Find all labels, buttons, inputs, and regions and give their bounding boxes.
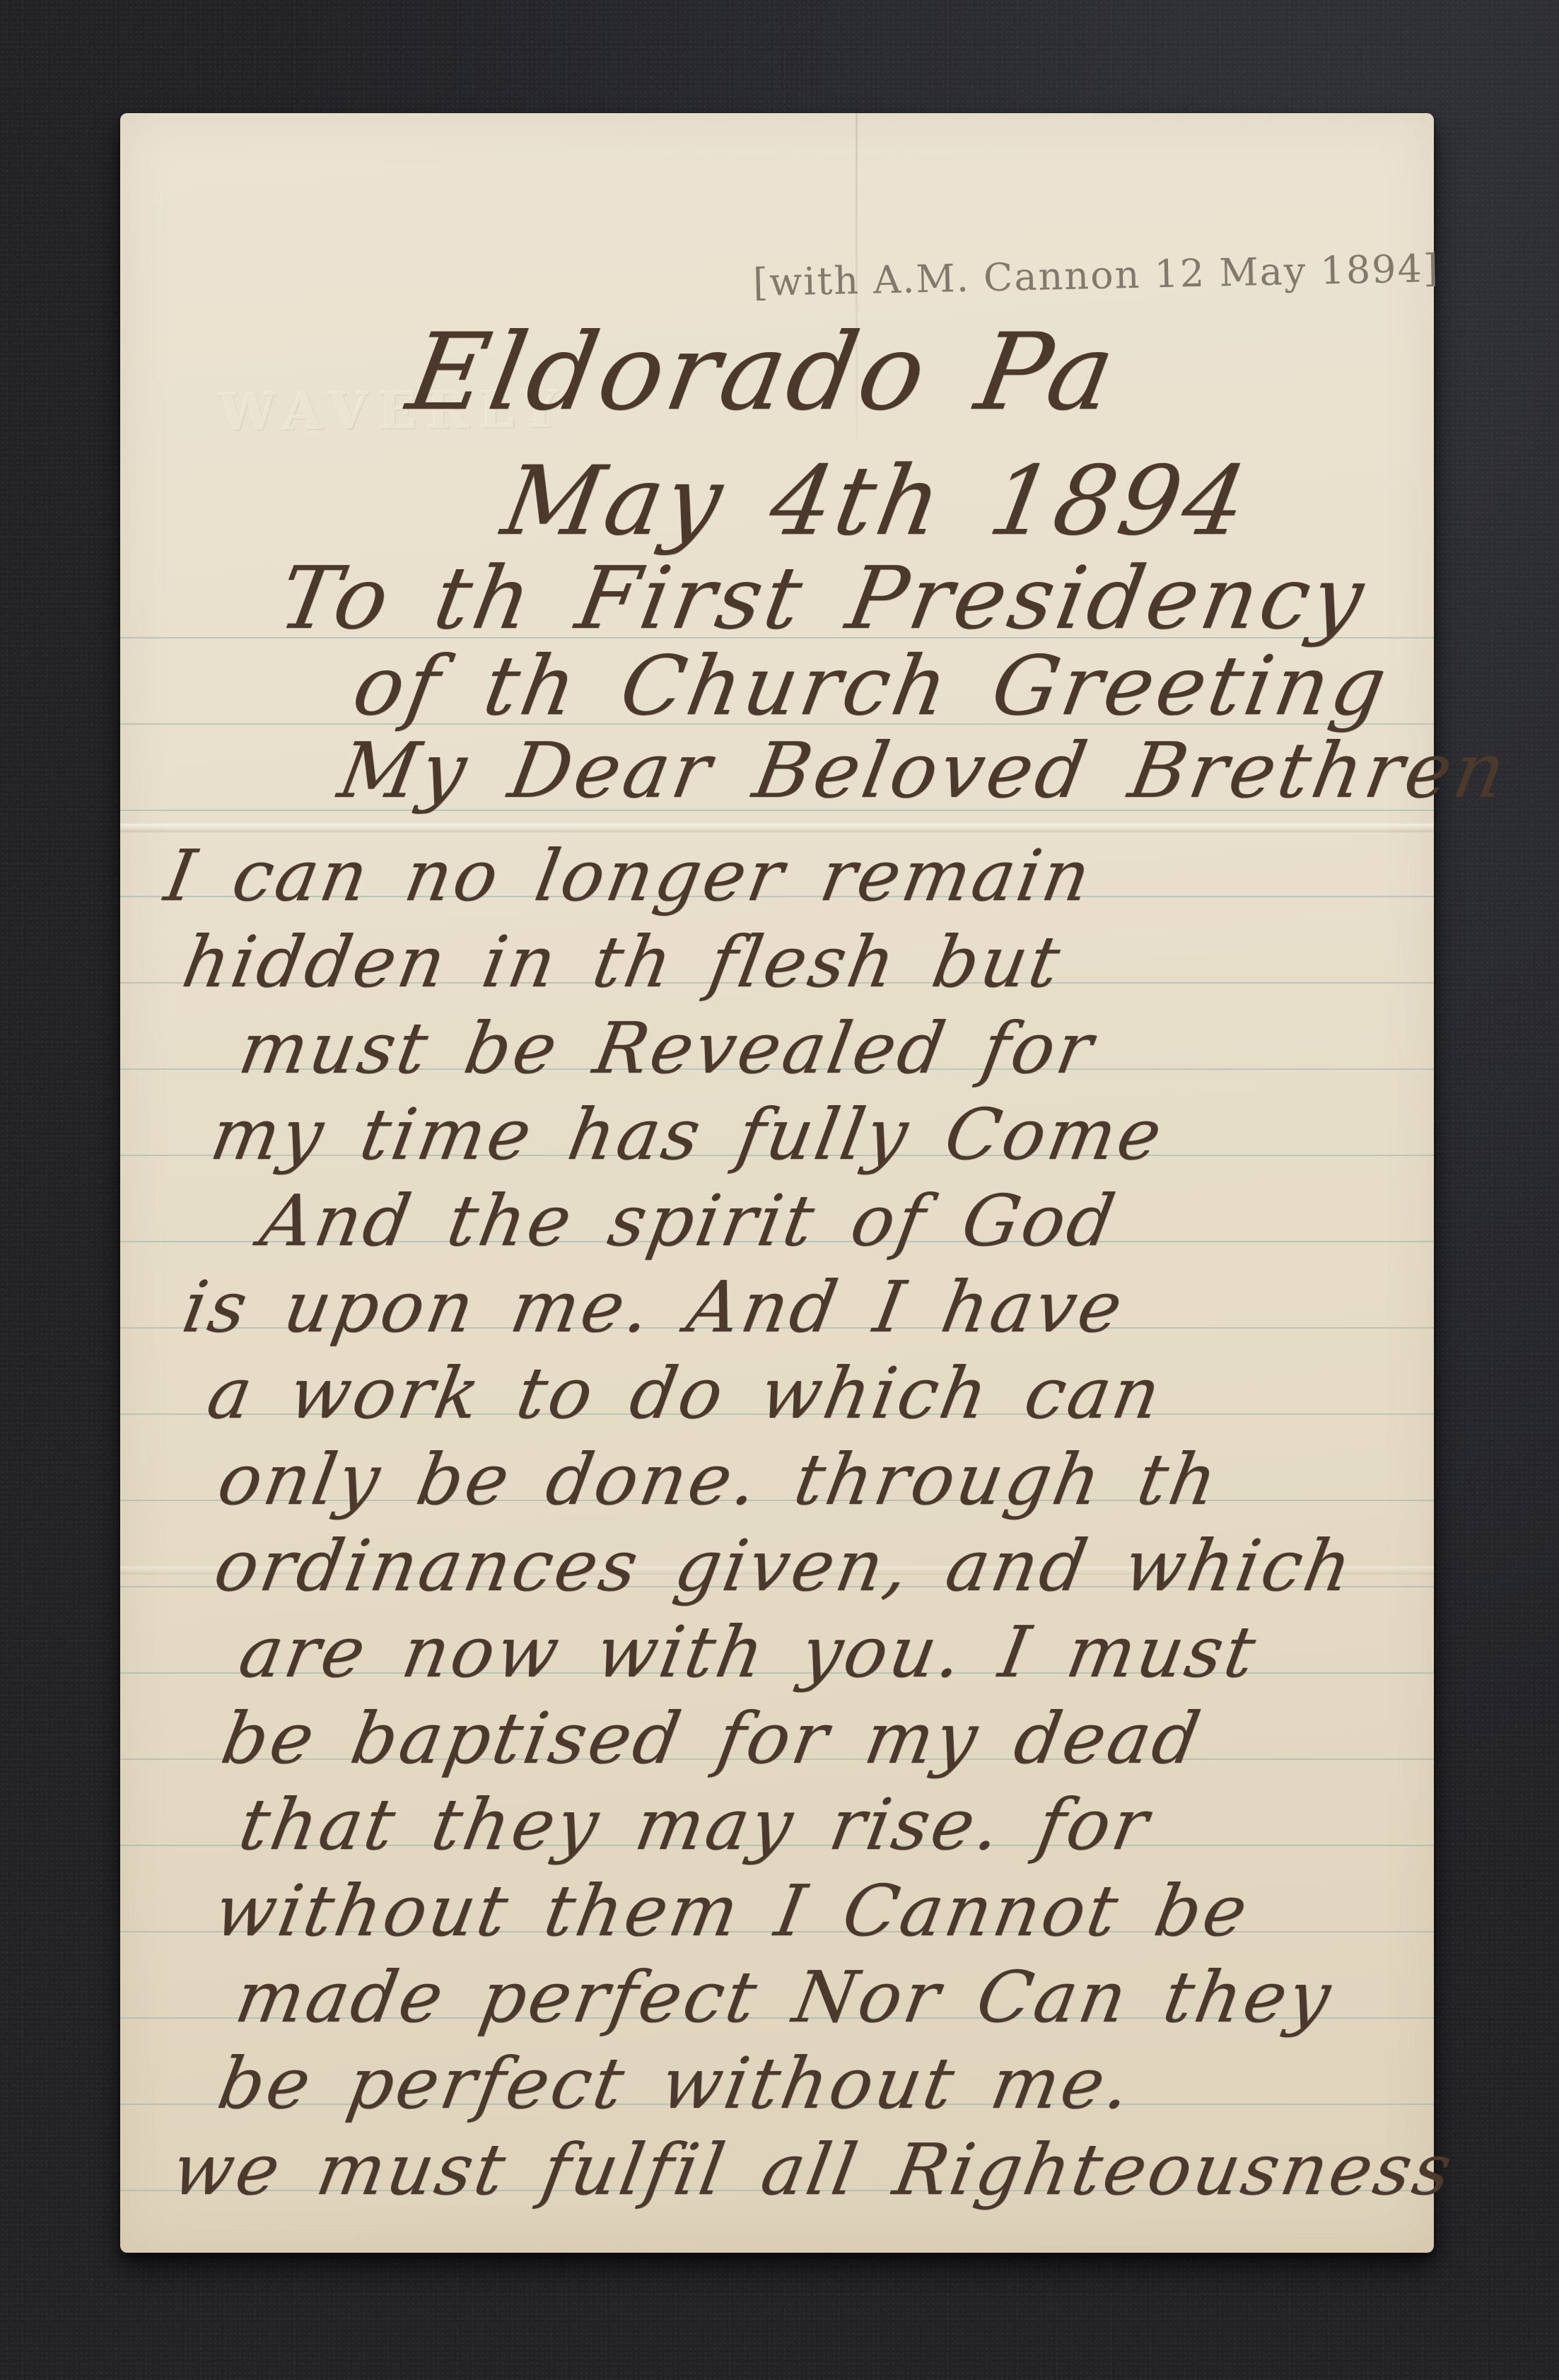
letter-body-line: ordinances given, and which bbox=[209, 1524, 1360, 1607]
scan-background: { "scan": { "annotation": "[with A.M. Ca… bbox=[0, 0, 1559, 2380]
letter-salutation-line: My Dear Beloved Brethren bbox=[332, 727, 1515, 815]
letter-date-line: May 4th 1894 bbox=[495, 445, 1258, 556]
letter-body-line: we must fulfil all Righteousness bbox=[166, 2128, 1460, 2211]
letter-body-line: And the spirit of God bbox=[255, 1179, 1123, 1262]
fold-crease-horizontal bbox=[120, 824, 1434, 832]
letter-body-line: hidden in th flesh but bbox=[177, 921, 1068, 1003]
letter-body-line: I can no longer remain bbox=[159, 834, 1099, 917]
letter-salutation-line: To th First Presidency bbox=[272, 548, 1374, 648]
letter-body-line: that they may rise. for bbox=[233, 1783, 1157, 1866]
letter-place-line: Eldorado Pa bbox=[399, 311, 1126, 434]
letter-body-line: are now with you. I must bbox=[233, 1611, 1264, 1693]
letter-body-line: be baptised for my dead bbox=[216, 1697, 1208, 1780]
letter-body-line: is upon me. And I have bbox=[177, 1266, 1131, 1348]
letter-body-line: must be Revealed for bbox=[233, 1007, 1102, 1090]
letter-body-line: be perfect without me. bbox=[212, 2042, 1139, 2125]
letter-page: WAVERLY [with A.M. Cannon 12 May 1894] E… bbox=[120, 113, 1434, 2253]
letter-body-line: my time has fully Come bbox=[205, 1093, 1170, 1176]
letter-salutation-line: of th Church Greeting bbox=[346, 638, 1396, 734]
pencil-annotation: [with A.M. Cannon 12 May 1894] bbox=[752, 246, 1440, 305]
letter-body-line: without them I Cannot be bbox=[209, 1869, 1256, 1952]
letter-body-line: only be done. through th bbox=[212, 1438, 1226, 1521]
letter-body-line: made perfect Nor Can they bbox=[230, 1956, 1339, 2038]
letter-body-line: a work to do which can bbox=[202, 1352, 1169, 1435]
